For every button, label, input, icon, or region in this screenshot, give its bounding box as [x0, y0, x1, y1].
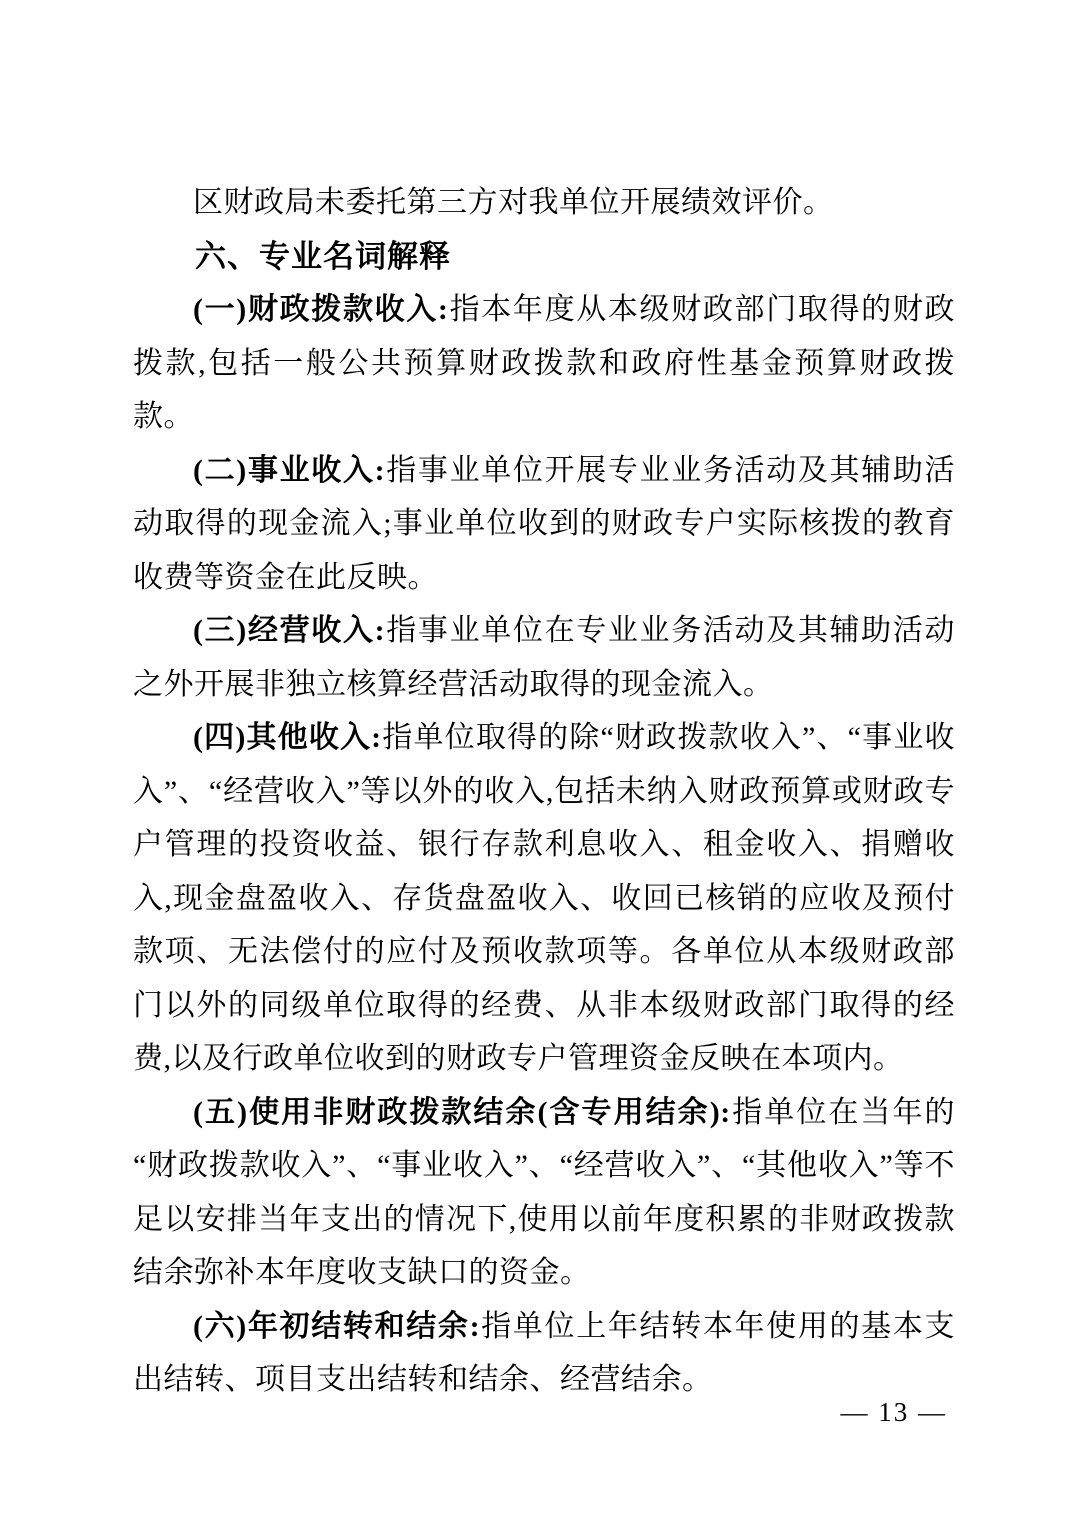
term-paragraph-2: (二)事业收入:指事业单位开展专业业务活动及其辅助活动取得的现金流入;事业单位收…	[133, 444, 955, 605]
term-label-6: (六)年初结转和结余:	[193, 1310, 480, 1343]
term-paragraph-5: (五)使用非财政拨款结余(含专用结余):指单位在当年的“财政拨款收入”、“事业收…	[133, 1086, 955, 1300]
intro-paragraph: 区财政局未委托第三方对我单位开展绩效评价。	[133, 176, 955, 230]
page-number: — 13 —	[841, 1396, 948, 1428]
section-heading: 六、专业名词解释	[133, 230, 955, 284]
term-label-5: (五)使用非财政拨款结余(含专用结余):	[193, 1096, 731, 1129]
term-paragraph-4: (四)其他收入:指单位取得的除“财政拨款收入”、“事业收入”、“经营收入”等以外…	[133, 711, 955, 1086]
document-page: 区财政局未委托第三方对我单位开展绩效评价。 六、专业名词解释 (一)财政拨款收入…	[0, 0, 1075, 1520]
term-label-1: (一)财政拨款收入:	[193, 293, 448, 326]
term-label-4: (四)其他收入:	[193, 721, 382, 754]
term-definition-4: 指单位取得的除“财政拨款收入”、“事业收入”、“经营收入”等以外的收入,包括未纳…	[133, 721, 955, 1075]
term-paragraph-3: (三)经营收入:指事业单位在专业业务活动及其辅助活动之外开展非独立核算经营活动取…	[133, 604, 955, 711]
term-paragraph-6: (六)年初结转和结余:指单位上年结转本年使用的基本支出结转、项目支出结转和结余、…	[133, 1300, 955, 1407]
term-label-2: (二)事业收入:	[193, 454, 385, 487]
document-text-block: 区财政局未委托第三方对我单位开展绩效评价。 六、专业名词解释 (一)财政拨款收入…	[133, 176, 955, 1407]
term-paragraph-1: (一)财政拨款收入:指本年度从本级财政部门取得的财政拨款,包括一般公共预算财政拨…	[133, 283, 955, 444]
term-label-3: (三)经营收入:	[193, 614, 385, 647]
